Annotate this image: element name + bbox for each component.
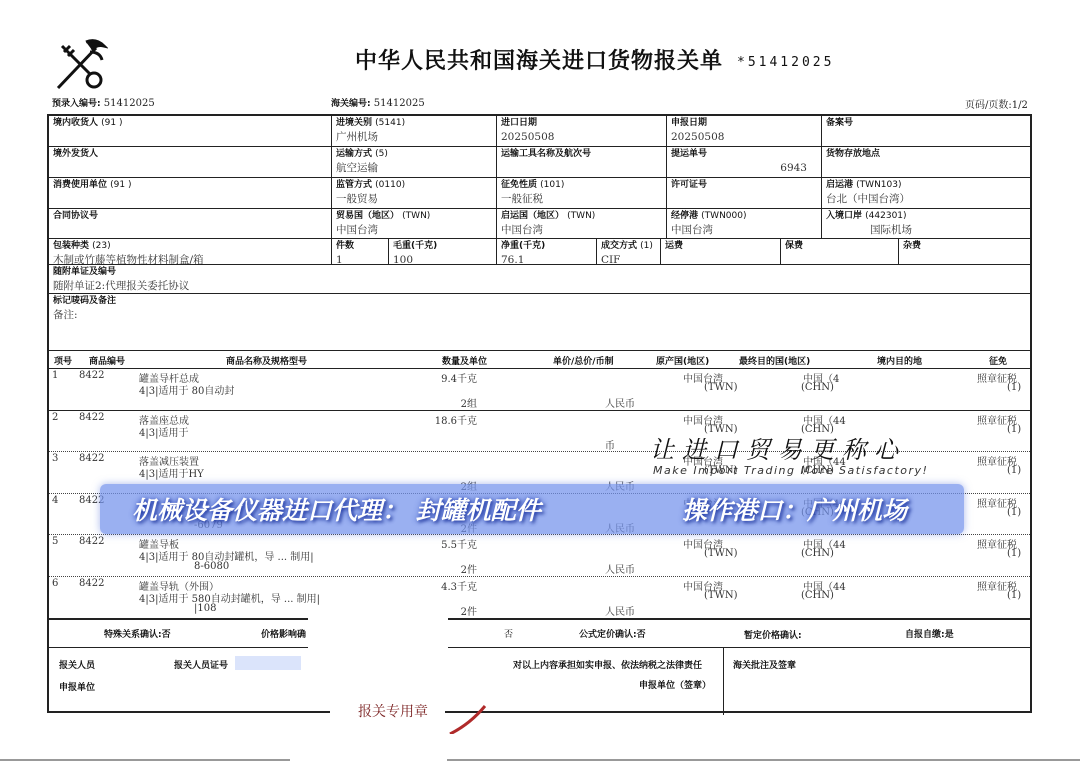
field-package-type: 包装种类 (23) 木制或竹藤等植物性材料制盒/箱 (49, 239, 332, 265)
seal-stamp-fragment: 报关专用章 (330, 704, 490, 734)
cell-no: 6 (52, 578, 58, 589)
declarant-id-field[interactable] (235, 656, 301, 670)
legal-statement: 对以上内容承担如实申报、依法纳税之法律责任 (513, 658, 702, 671)
field-trade-country: 贸易国（地区） (TWN) 中国台湾 (332, 209, 497, 239)
cell-dest-code: (CHN) (801, 590, 834, 601)
table-row: 58422罐盖导板4|3|适用于 80自动封罐机，导 ... 制用|8-6080… (49, 534, 1030, 575)
cell-dest-code: (CHN) (801, 548, 834, 559)
cell-qty2: 2件 (461, 561, 477, 576)
cell-no: 1 (52, 370, 58, 381)
cell-no: 5 (52, 536, 58, 547)
field-pieces: 件数 1 (332, 239, 389, 265)
cell-spec: 4|3|适用于HY (139, 465, 204, 480)
redaction-block (308, 612, 448, 652)
banner-text-right: 操作港口：广州机场 (682, 491, 907, 527)
field-bill-no: 提运单号 6943 (667, 147, 822, 178)
cell-spec: 4|3|适用于 80自动封 (139, 382, 234, 397)
barcode-number: *51412025 (737, 55, 834, 70)
table-row: 18422罐盖导杆总成4|3|适用于 80自动封9.4千克2组人民币中国台湾(T… (49, 368, 1030, 409)
cell-levy-code: (1) (1007, 424, 1021, 435)
field-departure-port: 启运港 (TWN103) 台北（中国台湾） (822, 178, 1032, 209)
cell-qty2: 2件 (461, 603, 477, 618)
field-declare-date: 申报日期 20250508 (667, 116, 822, 147)
field-supervision-mode: 监管方式 (0110) 一般贸易 (332, 178, 497, 209)
cell-currency: 币 (605, 437, 615, 452)
cell-hs: 8422 (79, 370, 104, 381)
field-insurance: 保费 (781, 239, 899, 265)
cell-currency: 人民币 (605, 561, 635, 576)
field-consignee: 境内收货人 (91 ) (49, 116, 332, 147)
field-gross-weight: 毛重(千克) 100 (389, 239, 497, 265)
field-entry-customs: 进境关别 (5141) 广州机场 (332, 116, 497, 147)
field-deal-mode: 成交方式 (1) CIF (597, 239, 661, 265)
slogan-english: Make Import Trading More Satisfactory! (653, 464, 928, 477)
cell-currency: 人民币 (605, 603, 635, 618)
cell-dest-code: (CHN) (801, 382, 834, 393)
field-net-weight: 净重(千克) 76.1 (497, 239, 597, 265)
declaration-form: 境内收货人 (91 ) 进境关别 (5141) 广州机场 进口日期 202505… (47, 114, 1032, 713)
document-title: 中华人民共和国海关进口货物报关单 (355, 44, 723, 75)
field-contract-no: 合同协议号 (49, 209, 332, 239)
cell-levy-code: (1) (1007, 465, 1021, 476)
cell-hs: 8422 (79, 412, 104, 423)
cell-spec2: |108 (194, 603, 216, 614)
promo-banner: 机械设备仪器进口代理： 封罐机配件 操作港口：广州机场 (100, 484, 964, 534)
cell-spec: 4|3|适用于 580自动封罐机，导 ... 制用| (139, 590, 320, 605)
declarant-id-label: 报关人员证号 (174, 658, 228, 671)
cell-qty1: 9.4千克 (441, 370, 477, 385)
field-record-no: 备案号 (822, 116, 1032, 147)
declarant-label: 报关人员 (59, 658, 95, 671)
svg-text:报关专用章: 报关专用章 (358, 704, 428, 720)
field-consumer-unit: 消费使用单位 (91 ) (49, 178, 332, 209)
cell-qty1: 5.5千克 (441, 536, 477, 551)
field-freight: 运费 (661, 239, 781, 265)
special-relation-confirm: 特殊关系确认:否 (104, 627, 171, 640)
customs-number: 海关编号: 51412025 (331, 96, 425, 109)
cell-spec: 4|3|适用于 (139, 424, 188, 439)
formula-price-confirm: 公式定价确认:否 (579, 627, 646, 640)
slogan-handwritten: 让进口贸易更称心 (650, 430, 906, 465)
self-declare-confirm: 自报自缴:是 (905, 627, 954, 640)
field-license-no: 许可证号 (667, 178, 822, 209)
cell-levy-code: (1) (1007, 382, 1021, 393)
field-marks: 标记唛码及备注 备注: (49, 294, 1032, 351)
cell-origin-code: (TWN) (704, 382, 738, 393)
field-transport-name: 运输工具名称及航次号 (497, 147, 667, 178)
banner-text-left: 机械设备仪器进口代理： 封罐机配件 (132, 491, 541, 527)
cell-hs: 8422 (79, 578, 104, 589)
cell-no: 2 (52, 412, 58, 423)
price-influence-confirm: 价格影响确 (261, 627, 306, 640)
confirmation-row: 特殊关系确认:否 价格影响确 否 公式定价确认:否 暂定价格确认: 自报自缴:是 (49, 620, 1032, 647)
field-transport-mode: 运输方式 (5) 航空运输 (332, 147, 497, 178)
goods-table-header: 项号 商品编号 商品名称及规格型号 数量及单位 单价/总价/币制 原产国(地区)… (49, 351, 1032, 369)
cell-currency: 人民币 (605, 395, 635, 410)
cell-qty2: 2组 (461, 395, 477, 410)
cell-hs: 8422 (79, 453, 104, 464)
cell-no: 4 (52, 495, 58, 506)
field-storage-place: 货物存放地点 (822, 147, 1032, 178)
cell-qty1: 4.3千克 (441, 578, 477, 593)
field-misc-fee: 杂费 (899, 239, 1032, 265)
cell-levy-code: (1) (1007, 507, 1021, 518)
field-overseas-shipper: 境外发货人 (49, 147, 332, 178)
field-levy-nature: 征免性质 (101) 一般征税 (497, 178, 667, 209)
customs-approval-label: 海关批注及签章 (733, 658, 796, 671)
field-entry-port: 入境口岸 (442301) 国际机场 (822, 209, 1032, 239)
page-indicator: 页码/页数:1/2 (965, 96, 1028, 111)
cell-hs: 8422 (79, 536, 104, 547)
cell-levy-code: (1) (1007, 548, 1021, 559)
seal-label: 申报单位（签章） (639, 678, 711, 691)
field-transit-port: 经停港 (TWN000) 中国台湾 (667, 209, 822, 239)
cell-spec2: 8-6080 (194, 561, 229, 572)
table-row: 68422罐盖导轨（外围）4|3|适用于 580自动封罐机，导 ... 制用||… (49, 576, 1030, 617)
cell-levy-code: (1) (1007, 590, 1021, 601)
field-departure-country: 启运国（地区） (TWN) 中国台湾 (497, 209, 667, 239)
field-import-date: 进口日期 20250508 (497, 116, 667, 147)
cell-origin-code: (TWN) (704, 590, 738, 601)
customs-emblem-icon (52, 36, 108, 92)
cell-qty1: 18.6千克 (435, 412, 477, 427)
field-attached-docs: 随附单证及编号 随附单证2:代理报关委托协议 (49, 265, 1032, 294)
cell-origin-code: (TWN) (704, 548, 738, 559)
provisional-price-confirm: 暂定价格确认: (744, 628, 802, 641)
pre-entry-number: 预录入编号: 51412025 (52, 96, 155, 109)
declaring-unit-label: 申报单位 (59, 680, 95, 693)
cell-no: 3 (52, 453, 58, 464)
